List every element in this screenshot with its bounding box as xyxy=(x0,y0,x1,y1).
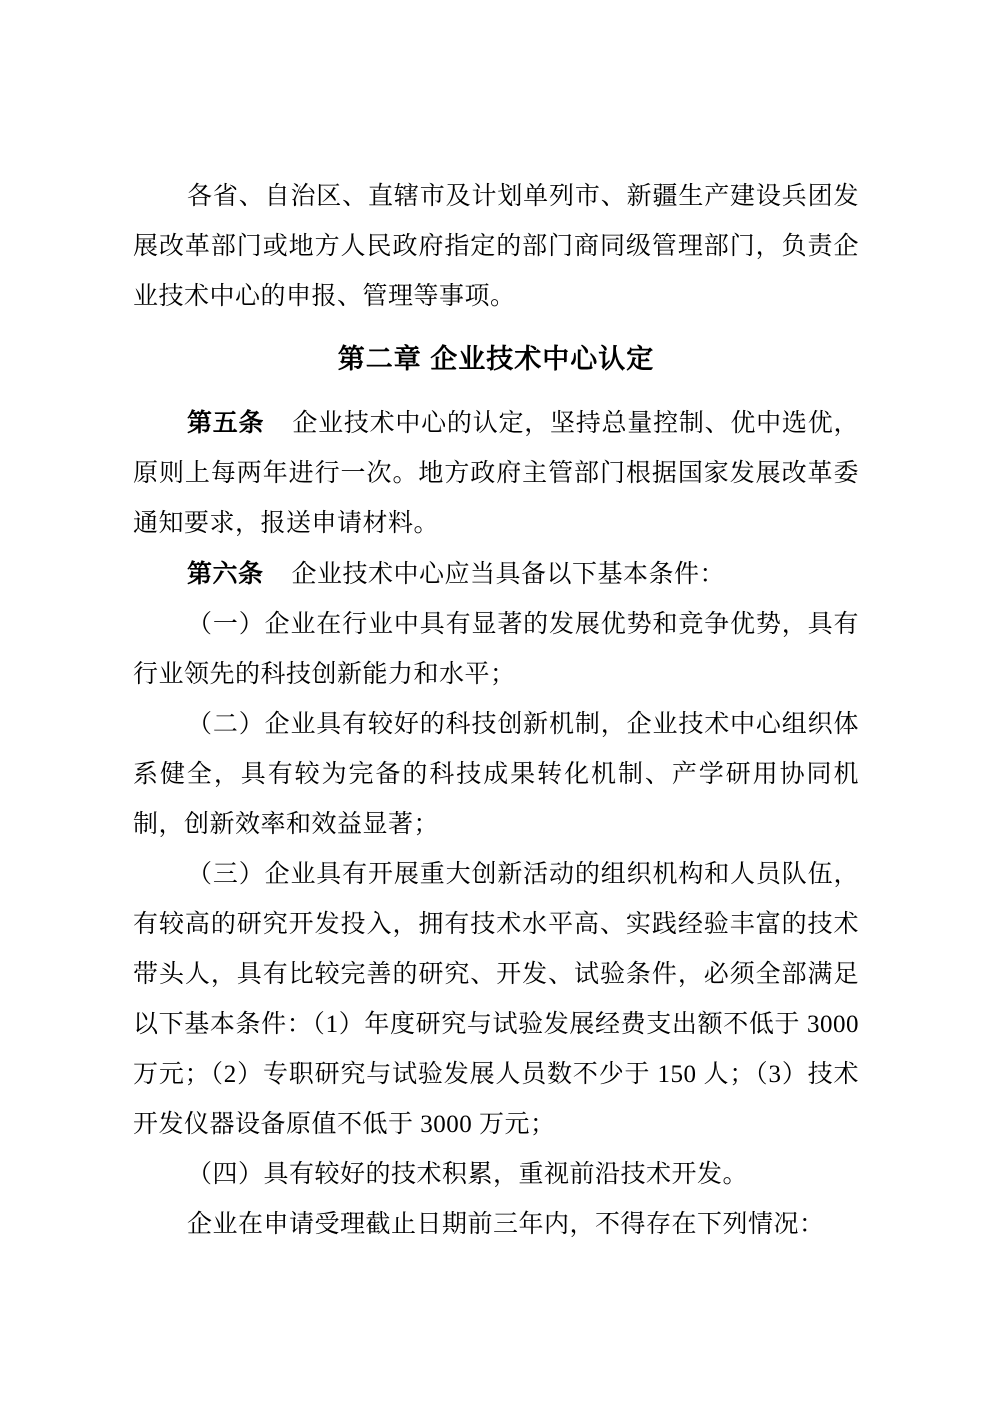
paragraph-condition-3: （三）企业具有开展重大创新活动的组织机构和人员队伍，有较高的研究开发投入，拥有技… xyxy=(133,850,859,1150)
paragraph-article-6: 第六条企业技术中心应当具备以下基本条件： xyxy=(133,549,859,600)
paragraph-condition-1: （一）企业在行业中具有显著的发展优势和竞争优势，具有行业领先的科技创新能力和水平… xyxy=(133,600,859,700)
article-5-term: 第五条 xyxy=(187,409,264,437)
paragraph-application-restriction: 企业在申请受理截止日期前三年内，不得存在下列情况： xyxy=(133,1200,859,1250)
article-6-text: 企业技术中心应当具备以下基本条件： xyxy=(292,561,726,588)
article-6-term: 第六条 xyxy=(187,560,264,588)
paragraph-article-5: 第五条企业技术中心的认定，坚持总量控制、优中选优，原则上每两年进行一次。地方政府… xyxy=(133,398,859,549)
chapter-2-heading: 第二章 企业技术中心认定 xyxy=(133,334,859,384)
document-page: 各省、自治区、直辖市及计划单列市、新疆生产建设兵团发展改革部门或地方人民政府指定… xyxy=(0,0,992,1403)
paragraph-condition-2: （二）企业具有较好的科技创新机制，企业技术中心组织体系健全，具有较为完备的科技成… xyxy=(133,700,859,850)
paragraph-condition-4: （四）具有较好的技术积累，重视前沿技术开发。 xyxy=(133,1150,859,1200)
paragraph-local-authority-duties: 各省、自治区、直辖市及计划单列市、新疆生产建设兵团发展改革部门或地方人民政府指定… xyxy=(133,172,859,322)
